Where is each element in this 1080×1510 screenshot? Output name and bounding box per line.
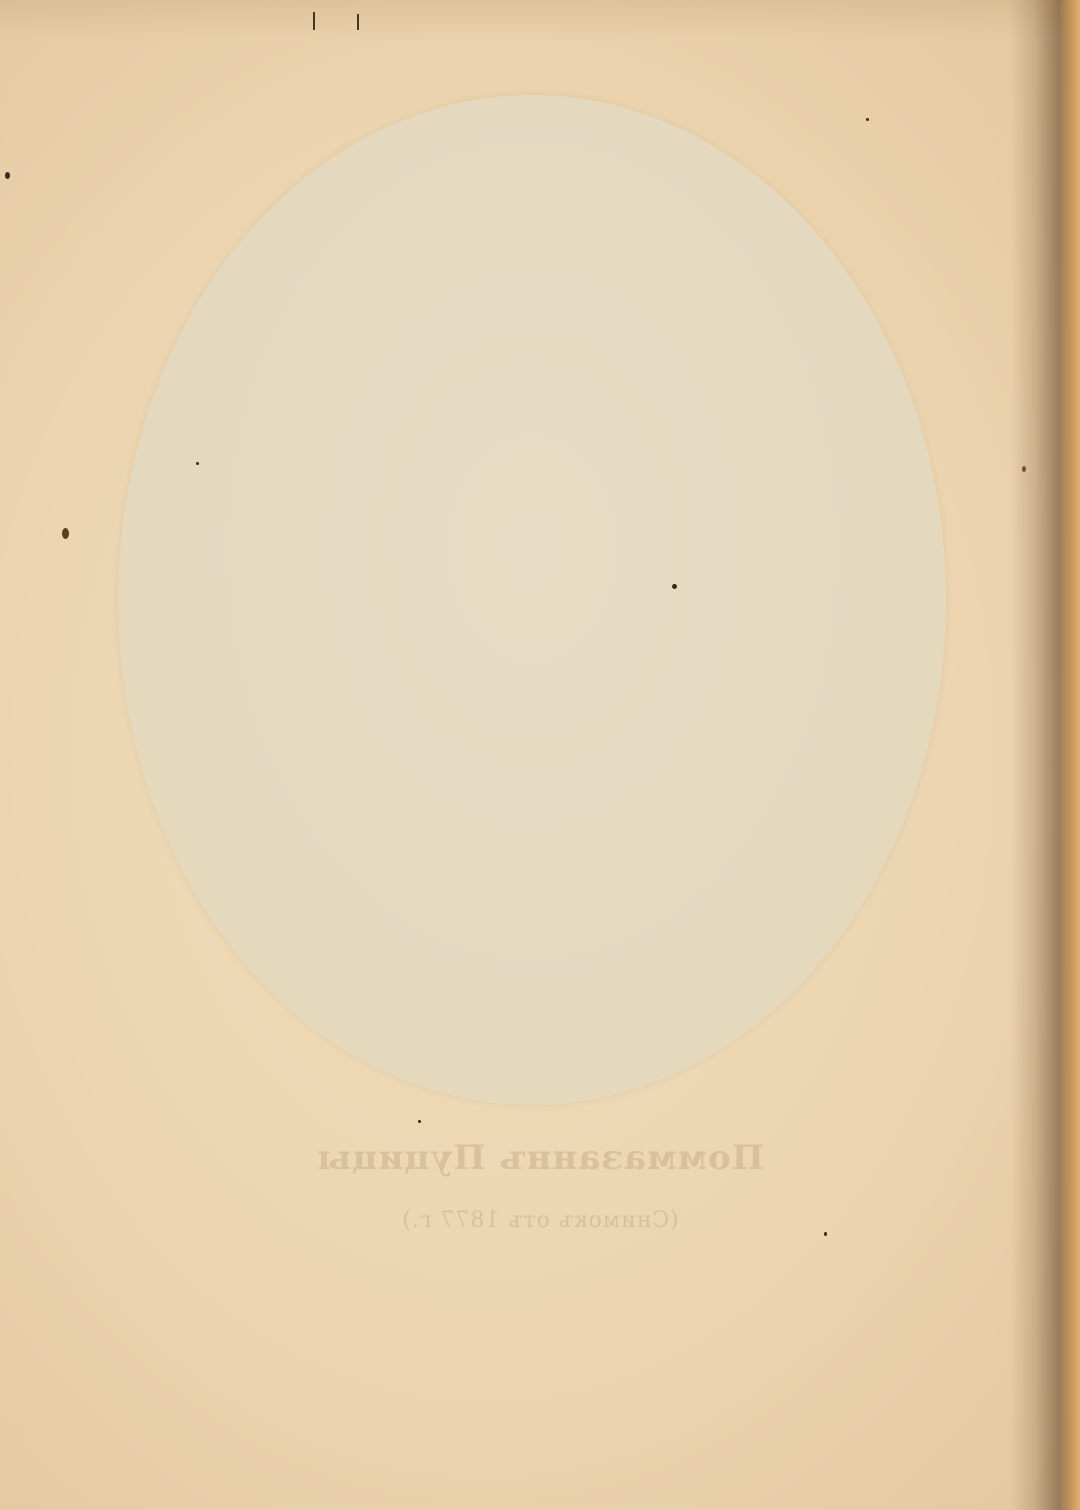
top-ink-mark-right <box>357 14 359 30</box>
book-page: Поммазаннъ Пуцицы (Снимокъ отъ 1877 г.) <box>0 0 1080 1510</box>
speck <box>672 584 677 589</box>
speck <box>5 172 10 179</box>
page-top-shadow <box>0 0 1080 40</box>
speck <box>824 1232 827 1236</box>
top-ink-mark-left <box>313 12 315 30</box>
book-spine-shadow <box>1010 0 1080 1510</box>
speck <box>62 528 69 539</box>
speck <box>418 1120 421 1123</box>
portrait-oval-plate <box>118 95 946 1105</box>
speck <box>866 118 869 121</box>
caption-title: Поммазаннъ Пуцицы <box>0 1138 1080 1178</box>
caption-subtitle: (Снимокъ отъ 1877 г.) <box>0 1208 1080 1233</box>
speck <box>196 462 199 465</box>
